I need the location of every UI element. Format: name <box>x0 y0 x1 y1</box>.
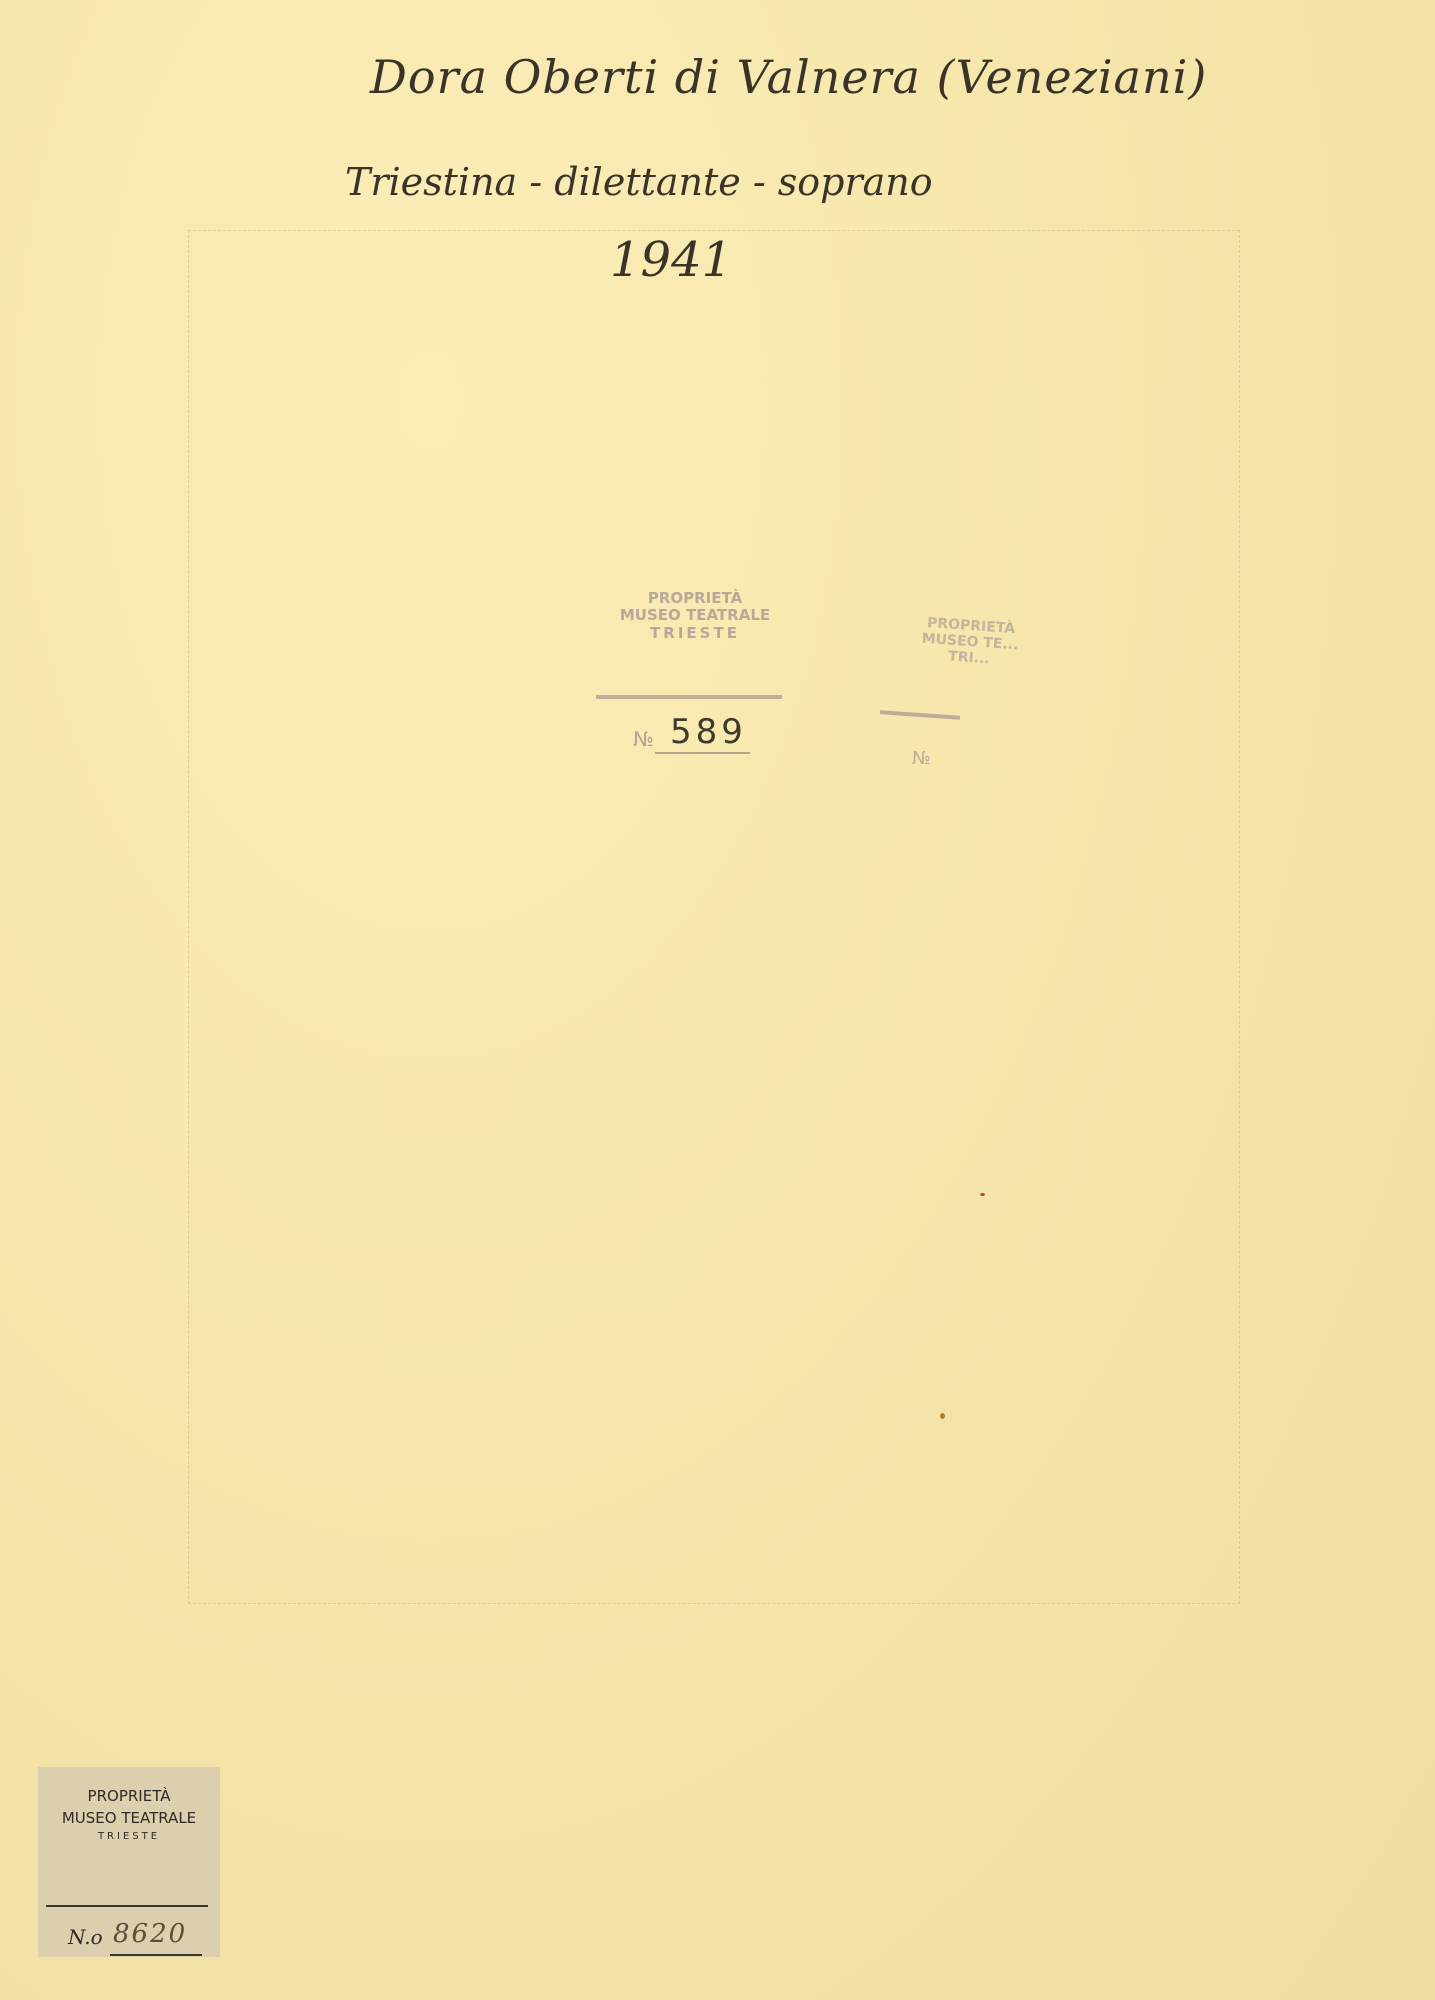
label-line-2: MUSEO TEATRALE <box>38 1809 220 1827</box>
museum-stamp: PROPRIETÀ MUSEO TEATRALE TRIESTE <box>605 590 785 642</box>
stain-spot <box>940 1413 945 1419</box>
label-number-underline <box>110 1954 202 1956</box>
stamp-number-underline <box>655 752 750 754</box>
label-rule <box>46 1905 208 1907</box>
museum-stamp-faded: PROPRIETÀ MUSEO TE... TRI... <box>893 613 1046 672</box>
label-line-3: TRIESTE <box>38 1831 220 1842</box>
stamp-line: MUSEO TEATRALE <box>605 607 785 624</box>
museum-property-label: PROPRIETÀ MUSEO TEATRALE TRIESTE N.o 862… <box>38 1767 220 1957</box>
handwritten-year: 1941 <box>610 232 732 288</box>
label-number: 8620 <box>113 1919 187 1949</box>
stamp-number: 589 <box>670 712 747 752</box>
label-number-prefix: N.o <box>68 1925 103 1949</box>
handwritten-description: Triestina - dilettante - soprano <box>345 160 933 204</box>
stain-spot <box>980 1193 985 1196</box>
stamp-number-prefix: № <box>912 748 931 769</box>
stamp-number-prefix: № <box>633 727 654 751</box>
stamp-line: PROPRIETÀ <box>605 590 785 607</box>
photo-mount-outline <box>188 230 1240 1604</box>
handwritten-name: Dora Oberti di Valnera (Veneziani) <box>370 50 1207 104</box>
stamp-rule <box>596 695 782 699</box>
label-line-1: PROPRIETÀ <box>38 1787 220 1805</box>
stamp-line: TRIESTE <box>605 625 785 642</box>
